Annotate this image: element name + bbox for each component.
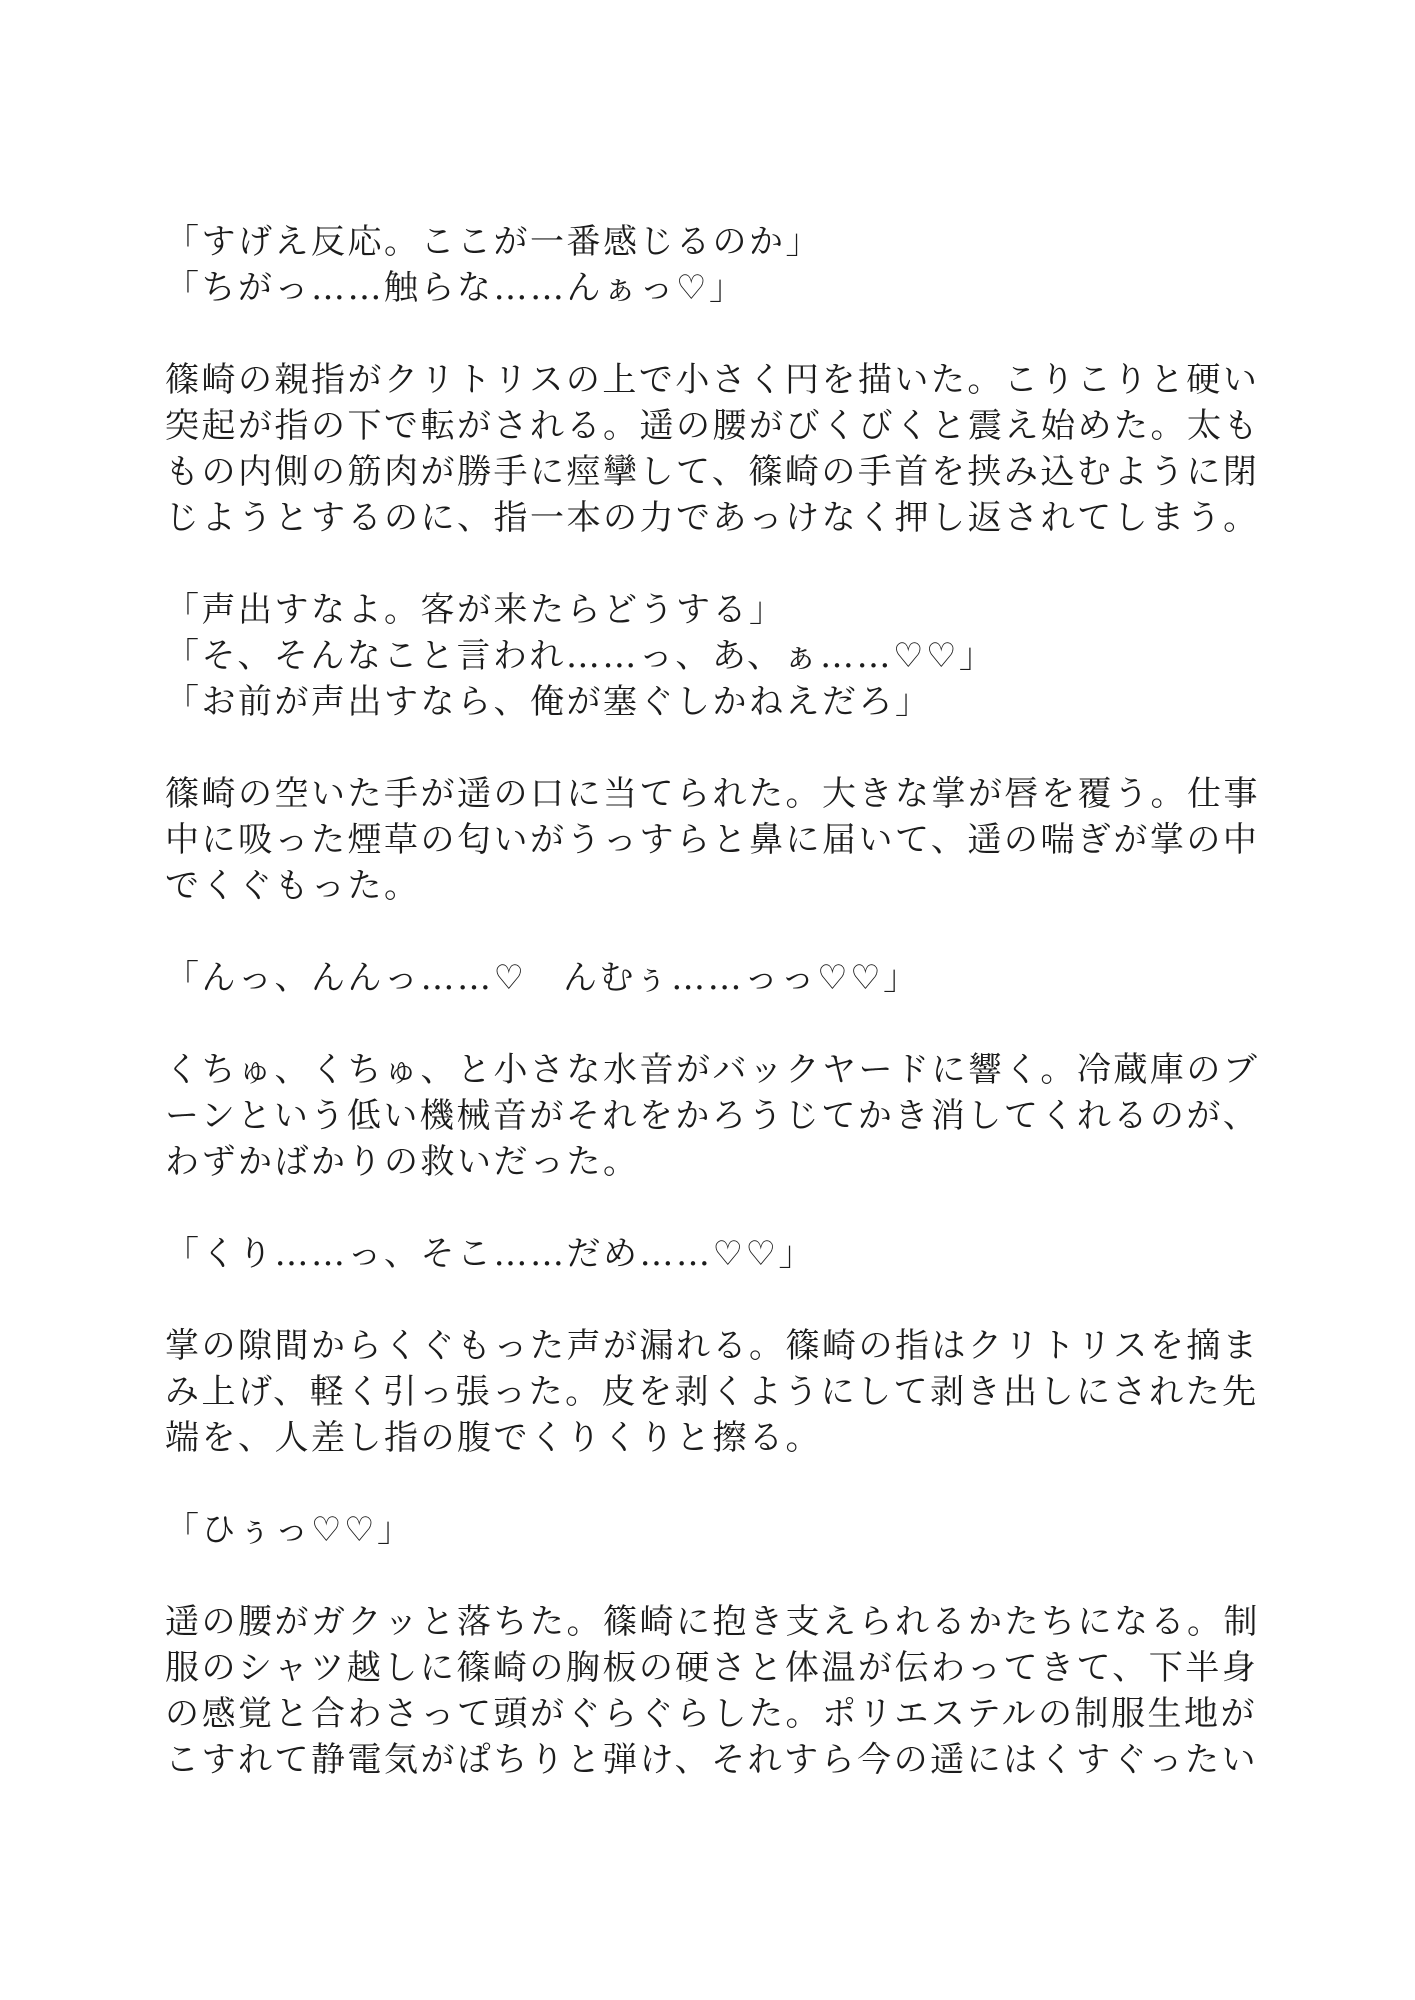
narrative-line: くちゅ、くちゅ、と小さな水音がバックヤードに響く。冷蔵庫のブ [165, 1047, 1270, 1093]
dialogue-line: 「そ、そんなこと言われ……っ、あ、ぁ……♡♡」 [165, 633, 1270, 679]
narrative-line: 中に吸った煙草の匂いがうっすらと鼻に届いて、遥の喘ぎが掌の中 [165, 817, 1270, 863]
dialogue-line: 「くり……っ、そこ……だめ……♡♡」 [165, 1231, 1270, 1277]
narrative-line: 篠崎の親指がクリトリスの上で小さく円を描いた。こりこりと硬い [165, 357, 1270, 403]
narrative-line: こすれて静電気がぱちりと弾け、それすら今の遥にはくすぐったい [165, 1737, 1270, 1783]
dialogue-block: 「くり……っ、そこ……だめ……♡♡」 [165, 1231, 1270, 1277]
dialogue-line: 「お前が声出すなら、俺が塞ぐしかねえだろ」 [165, 679, 1270, 725]
document-page: 「すげえ反応。ここが一番感じるのか」「ちがっ……触らな……んぁっ♡」篠崎の親指が… [0, 0, 1415, 2000]
dialogue-block: 「すげえ反応。ここが一番感じるのか」「ちがっ……触らな……んぁっ♡」 [165, 219, 1270, 311]
narrative-line: 篠崎の空いた手が遥の口に当てられた。大きな掌が唇を覆う。仕事 [165, 771, 1270, 817]
narrative-block: くちゅ、くちゅ、と小さな水音がバックヤードに響く。冷蔵庫のブーンという低い機械音… [165, 1047, 1270, 1185]
narrative-block: 遥の腰がガクッと落ちた。篠崎に抱き支えられるかたちになる。制服のシャツ越しに篠崎… [165, 1599, 1270, 1783]
narrative-line: 服のシャツ越しに篠崎の胸板の硬さと体温が伝わってきて、下半身 [165, 1645, 1270, 1691]
narrative-line: 突起が指の下で転がされる。遥の腰がびくびくと震え始めた。太も [165, 403, 1270, 449]
dialogue-line: 「んっ、んんっ……♡ んむぅ……っっ♡♡」 [165, 955, 1270, 1001]
narrative-line: 遥の腰がガクッと落ちた。篠崎に抱き支えられるかたちになる。制 [165, 1599, 1270, 1645]
dialogue-line: 「ちがっ……触らな……んぁっ♡」 [165, 265, 1270, 311]
narrative-block: 篠崎の空いた手が遥の口に当てられた。大きな掌が唇を覆う。仕事中に吸った煙草の匂い… [165, 771, 1270, 909]
narrative-block: 篠崎の親指がクリトリスの上で小さく円を描いた。こりこりと硬い突起が指の下で転がさ… [165, 357, 1270, 541]
narrative-line: わずかばかりの救いだった。 [165, 1139, 1270, 1185]
dialogue-block: 「んっ、んんっ……♡ んむぅ……っっ♡♡」 [165, 955, 1270, 1001]
narrative-line: の感覚と合わさって頭がぐらぐらした。ポリエステルの制服生地が [165, 1691, 1270, 1737]
page-content: 「すげえ反応。ここが一番感じるのか」「ちがっ……触らな……んぁっ♡」篠崎の親指が… [165, 219, 1270, 1783]
narrative-block: 掌の隙間からくぐもった声が漏れる。篠崎の指はクリトリスを摘まみ上げ、軽く引っ張っ… [165, 1323, 1270, 1461]
narrative-line: み上げ、軽く引っ張った。皮を剥くようにして剥き出しにされた先 [165, 1369, 1270, 1415]
narrative-line: 掌の隙間からくぐもった声が漏れる。篠崎の指はクリトリスを摘ま [165, 1323, 1270, 1369]
dialogue-line: 「すげえ反応。ここが一番感じるのか」 [165, 219, 1270, 265]
narrative-line: 端を、人差し指の腹でくりくりと擦る。 [165, 1415, 1270, 1461]
dialogue-line: 「ひぅっ♡♡」 [165, 1507, 1270, 1553]
dialogue-block: 「ひぅっ♡♡」 [165, 1507, 1270, 1553]
narrative-line: でくぐもった。 [165, 863, 1270, 909]
narrative-line: もの内側の筋肉が勝手に痙攣して、篠崎の手首を挟み込むように閉 [165, 449, 1270, 495]
dialogue-block: 「声出すなよ。客が来たらどうする」「そ、そんなこと言われ……っ、あ、ぁ……♡♡」… [165, 587, 1270, 725]
narrative-line: じようとするのに、指一本の力であっけなく押し返されてしまう。 [165, 495, 1270, 541]
narrative-line: ーンという低い機械音がそれをかろうじてかき消してくれるのが、 [165, 1093, 1270, 1139]
dialogue-line: 「声出すなよ。客が来たらどうする」 [165, 587, 1270, 633]
